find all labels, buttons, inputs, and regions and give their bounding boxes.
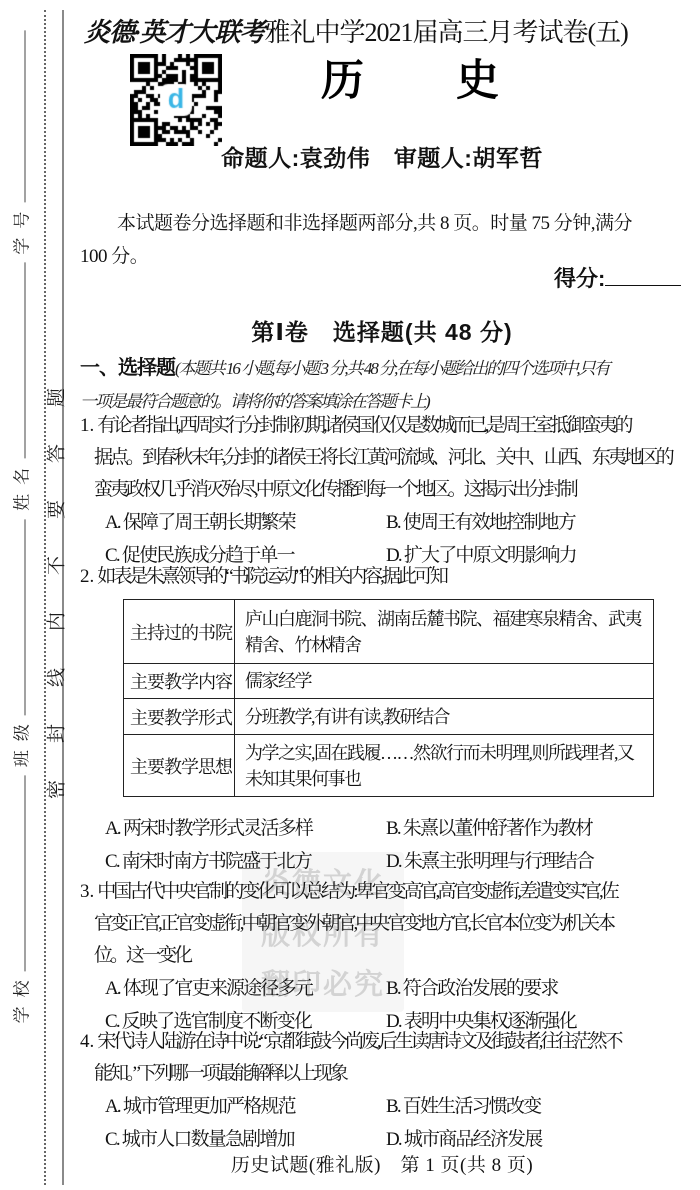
score-row: 得分: [554, 262, 681, 293]
subject-char: 史 [456, 58, 499, 104]
number-field-blank [22, 31, 26, 203]
question-number: 1. [80, 415, 94, 436]
seal-line-text: 密封线内不要答题 [42, 351, 69, 799]
exam-title-rest: 雅礼中学2021届高三月考试卷(五) [265, 18, 628, 47]
intro-paragraph: 本试题卷分选择题和非选择题两部分,共 8 页。时量 75 分钟,满分 100 分… [80, 207, 632, 273]
options: A. 城市管理更加严格规范 B. 百姓生活习惯改变 C. 城市人口数量急剧增加 … [80, 1090, 692, 1156]
stem-line: 位。这一变化 [80, 940, 692, 972]
option-b: B. 百姓生活习惯改变 [386, 1090, 692, 1123]
number-field-label: 学号 [13, 203, 32, 255]
option-b: B. 朱熹以董仲舒著作为教材 [386, 812, 692, 845]
question-stem: 1.有论者指出,西周实行分封制初期,诸侯国仅仅是数城而已,是周王室抵御蛮夷的 据… [80, 410, 692, 506]
option-a: A. 两宋时教学形式灵活多样 [105, 812, 386, 845]
instructions-text: (本题共 16 小题,每小题 3 分,共 48 分,在每小题给出的四个选项中,只… [175, 359, 609, 378]
exam-paper-page: 学校 班级 姓名 学号 密封线内不要答题 炎德文化 版权所有 翻印必究 炎德·英… [0, 0, 700, 1190]
intro-line: 本试题卷分选择题和非选择题两部分,共 8 页。时量 75 分钟,满分 [80, 207, 632, 240]
table-row: 主要教学思想 为学之实,固在践履……然欲行而未明理,则所践理者,又未知其果何事也 [124, 735, 654, 797]
option-a: A. 保障了周王朝长期繁荣 [105, 506, 386, 539]
question-stem: 3.中国古代中央官制的变化可以总结为:卑官变高官,高官变虚衔,差遣变实官,佐 官… [80, 876, 692, 972]
question-number: 3. [80, 881, 94, 902]
question-stem: 4.宋代诗人陆游在诗中说:“京都街鼓今尚废,后生读唐诗文及街鼓者,往往茫然不 能… [80, 1026, 692, 1090]
option-b: B. 符合政治发展的要求 [386, 972, 692, 1005]
question-2: 2.如表是朱熹领导的“书院运动”的相关内容,据此可知 主持过的书院 庐山白鹿洞书… [80, 561, 692, 878]
row-value: 儒家经学 [235, 664, 654, 699]
class-field-blank [22, 519, 26, 715]
question-stem: 2.如表是朱熹领导的“书院运动”的相关内容,据此可知 [80, 561, 692, 593]
options: A. 两宋时教学形式灵活多样 B. 朱熹以董仲舒著作为教材 C. 南宋时南方书院… [80, 812, 692, 878]
table-row: 主要教学形式 分班教学,有讲有读,教研结合 [124, 699, 654, 735]
option-a: A. 城市管理更加严格规范 [105, 1090, 386, 1123]
school-field-blank [22, 775, 26, 971]
stem-line: 中国古代中央官制的变化可以总结为:卑官变高官,高官变虚衔,差遣变实官,佐 [97, 881, 617, 902]
row-label: 主要教学思想 [124, 735, 235, 797]
student-info-fields: 学校 班级 姓名 学号 [8, 27, 33, 1024]
exam-header: 炎德·英才大联考雅礼中学2021届高三月考试卷(五) [84, 12, 690, 49]
option-c: C. 南宋时南方书院盛于北方 [105, 845, 386, 878]
row-label: 主要教学形式 [124, 699, 235, 735]
intro-line: 100 分。 [80, 240, 632, 273]
option-b: B. 使周王有效地控制地方 [386, 506, 692, 539]
name-field-blank [22, 263, 26, 459]
section-title: 第Ⅰ卷 选择题(共 48 分) [80, 314, 684, 347]
row-value: 为学之实,固在践履……然欲行而未明理,则所践理者,又未知其果何事也 [235, 735, 654, 797]
option-d: D. 朱熹主张明理与行理结合 [386, 845, 692, 878]
question-number: 4. [80, 1031, 94, 1052]
stem-line: 有论者指出,西周实行分封制初期,诸侯国仅仅是数城而已,是周王室抵御蛮夷的 [97, 415, 630, 436]
stem-line: 如表是朱熹领导的“书院运动”的相关内容,据此可知 [97, 566, 446, 587]
stem-line: 宋代诗人陆游在诗中说:“京都街鼓今尚废,后生读唐诗文及街鼓者,往往茫然不 [97, 1031, 620, 1052]
table-row: 主持过的书院 庐山白鹿洞书院、湖南岳麓书院、福建寒泉精舍、武夷精舍、竹林精舍 [124, 600, 654, 664]
row-value: 庐山白鹿洞书院、湖南岳麓书院、福建寒泉精舍、武夷精舍、竹林精舍 [235, 600, 654, 664]
exam-brand: 炎德·英才大联考 [84, 18, 265, 47]
shuyuan-table: 主持过的书院 庐山白鹿洞书院、湖南岳麓书院、福建寒泉精舍、武夷精舍、竹林精舍 主… [123, 599, 654, 797]
question-4: 4.宋代诗人陆游在诗中说:“京都街鼓今尚废,后生读唐诗文及街鼓者,往往茫然不 能… [80, 1026, 692, 1156]
stem-line: 能知。”下列哪一项最能解释以上现象 [80, 1058, 692, 1090]
stem-line: 据点。到春秋末年,分封的诸侯王将长江黄河流域、河北、关中、山西、东夷地区的 [80, 442, 692, 474]
row-value: 分班教学,有讲有读,教研结合 [235, 699, 654, 735]
option-a: A. 体现了官吏来源途径多元 [105, 972, 386, 1005]
row-label: 主持过的书院 [124, 600, 235, 664]
name-field-label: 姓名 [13, 459, 32, 511]
table-row: 主要教学内容 儒家经学 [124, 664, 654, 699]
score-label: 得分: [554, 266, 605, 291]
subject-char: 历 [321, 58, 364, 104]
subject-title: 历 史 [108, 58, 700, 104]
stem-line: 蛮夷政权几乎消灭殆尽,中原文化传播到每一个地区。这揭示出分封制 [80, 474, 692, 506]
footer-page-info: 历史试题(雅礼版) 第 1 页(共 8 页) [80, 1150, 684, 1177]
class-field-label: 班级 [13, 715, 32, 767]
stem-line: 官变正官,正官变虚衔,中朝官变外朝官,中央官变地方官,长官本位变为机关本 [80, 908, 692, 940]
instructions-prefix: 一、选择题 [80, 357, 175, 379]
question-1: 1.有论者指出,西周实行分封制初期,诸侯国仅仅是数城而已,是周王室抵御蛮夷的 据… [80, 410, 692, 572]
school-field-label: 学校 [13, 971, 32, 1023]
row-label: 主要教学内容 [124, 664, 235, 699]
question-number: 2. [80, 566, 94, 587]
setters-line: 命题人:袁劲伟 审题人:胡军哲 [80, 140, 684, 173]
question-3: 3.中国古代中央官制的变化可以总结为:卑官变高官,高官变虚衔,差遣变实官,佐 官… [80, 876, 692, 1038]
selection-instructions: 一、选择题(本题共 16 小题,每小题 3 分,共 48 分,在每小题给出的四个… [80, 352, 609, 418]
score-blank [605, 281, 681, 286]
